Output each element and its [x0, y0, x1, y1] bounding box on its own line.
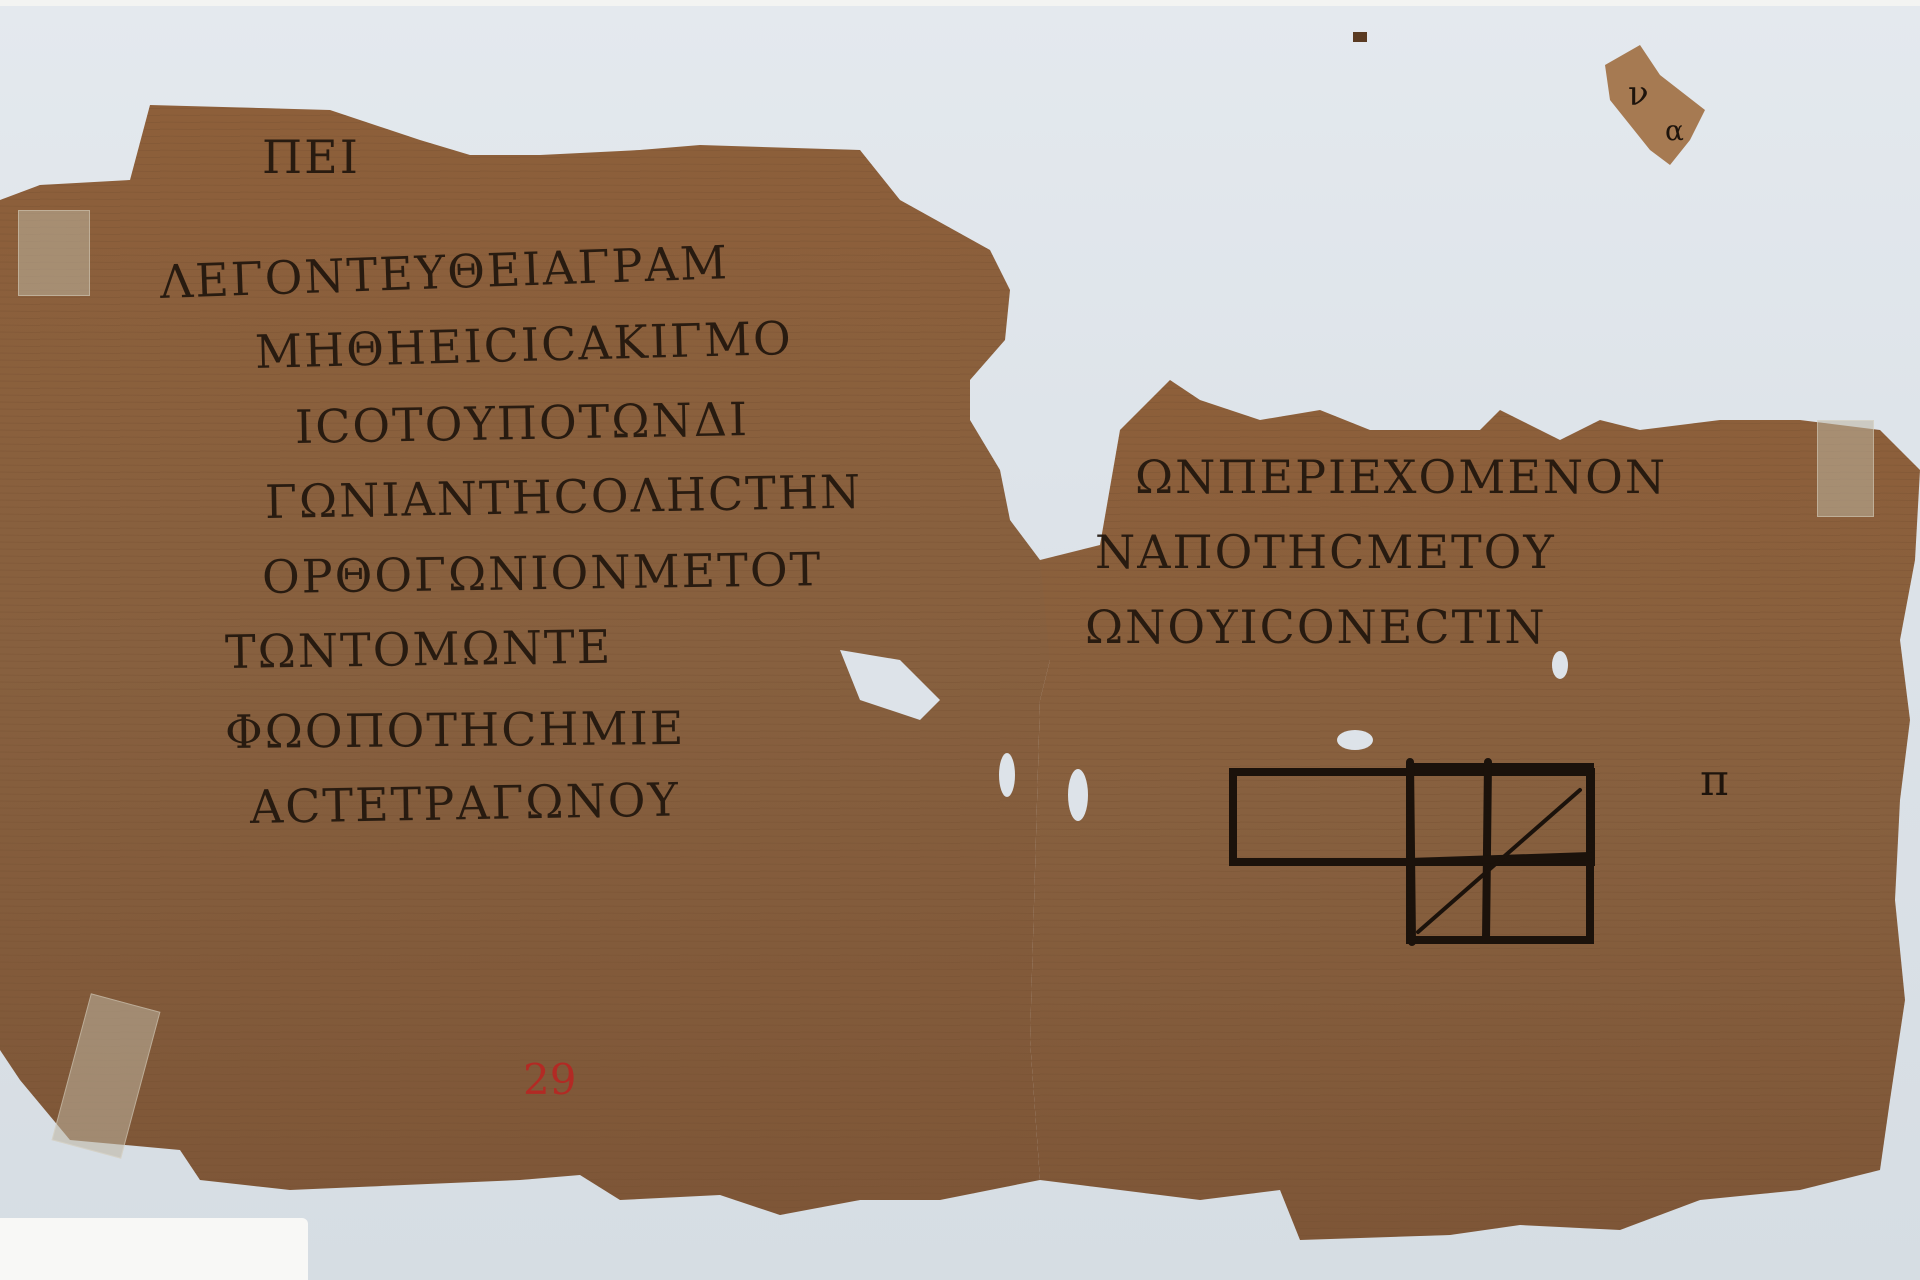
right-text-line-2: ΝΑΠΟΤΗCΜΕΤΟΥ	[1095, 525, 1556, 579]
svg-text:α: α	[1665, 114, 1684, 147]
white-card-corner	[0, 1218, 308, 1280]
small-papyrus-fragment	[1605, 45, 1705, 165]
text-line-4: ΙCΟΤΟΥΠΟΤΩΝΔΙ	[295, 392, 750, 454]
right-text-line-3: ΩΝΟΥΙCΟΝΕCΤΙΝ	[1085, 600, 1547, 654]
marginal-note: π	[1700, 755, 1729, 806]
tape-right	[1817, 420, 1874, 517]
right-text-line-1: ΩΝΠΕΡΙΕΧΟΜΕΝΟΝ	[1135, 450, 1667, 504]
text-line-5: ΓΩΝΙΑΝΤΗCΟΛΗCΤΗΝ	[265, 465, 863, 529]
text-line-1: ΠΕΙ	[262, 130, 360, 184]
inventory-number: 29	[523, 1055, 576, 1104]
text-line-8: ΦΩΟΠΟΤΗCΗΜΙΕ	[225, 701, 686, 759]
text-line-6: ΟΡΘΟΓΩΝΙΟΝΜΕΤΟΤ	[262, 542, 823, 604]
svg-text:ν: ν	[1628, 74, 1649, 114]
text-line-7: ΤΩΝΤΟΜΩΝΤΕ	[225, 620, 613, 679]
text-line-9: ΑCΤΕΤΡΑΓΩΝΟΥ	[250, 773, 681, 834]
tape-top-left	[18, 210, 90, 296]
